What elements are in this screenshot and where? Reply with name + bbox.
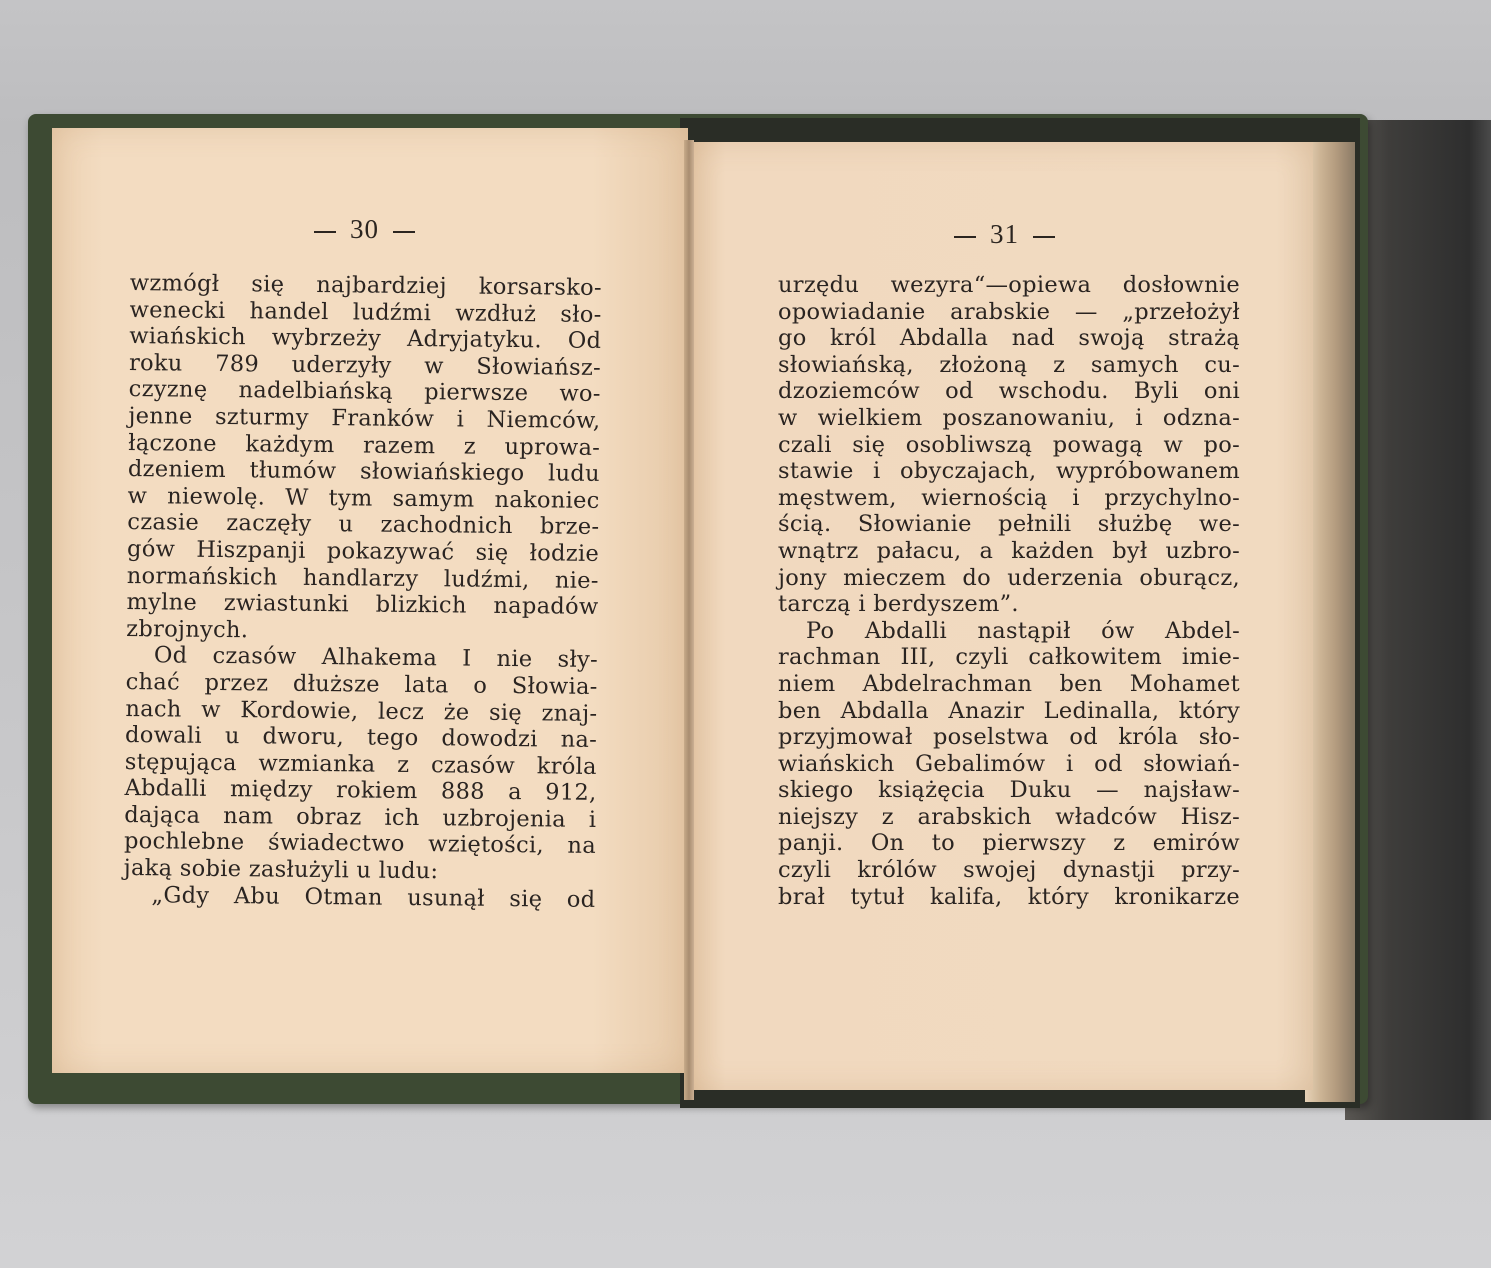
text-line: brał tytuł kalifa, który kronikarze bbox=[778, 884, 1240, 911]
text-line: wnątrz pałacu, a każden był uzbro- bbox=[778, 538, 1240, 565]
dash-decoration bbox=[393, 231, 415, 233]
page-number-text: 30 bbox=[350, 214, 379, 244]
text-line: opowiadanie arabskie — „przełożył bbox=[778, 299, 1240, 326]
text-line: jony mieczem do uderzenia oburącz, bbox=[778, 565, 1240, 592]
text-line: stawie i obyczajach, wypróbowanem bbox=[778, 458, 1240, 485]
text-line: przyjmował poselstwa od króla sło- bbox=[778, 724, 1240, 751]
book-gutter bbox=[684, 140, 694, 1100]
text-line: dzoziemców od wschodu. Byli oni bbox=[778, 378, 1240, 405]
text-line: rachman III, czyli całkowitem imie- bbox=[778, 644, 1240, 671]
text-line: skiego książęcia Duku — najsław- bbox=[778, 777, 1240, 804]
text-line: chać przez dłuższe lata o Słowia- bbox=[126, 669, 598, 701]
left-page-body-text: wzmógł się najbardziej korsarsko-wenecki… bbox=[123, 270, 602, 913]
text-line: wiańskich Gebalimów i od słowiań- bbox=[778, 751, 1240, 778]
text-line: panji. On to pierwszy z emirów bbox=[778, 830, 1240, 857]
right-page-body-text: urzędu wezyra“—opiewa dosłownieopowiadan… bbox=[778, 272, 1240, 910]
text-line: słowiańską, złożoną z samych cu- bbox=[778, 352, 1240, 379]
text-line: niem Abdelrachman ben Mohamet bbox=[778, 671, 1240, 698]
text-line: go król Abdalla nad swoją strażą bbox=[778, 325, 1240, 352]
text-line: tarczą i berdyszem”. bbox=[778, 591, 1240, 618]
text-line: Po Abdalli nastąpił ów Abdel- bbox=[778, 618, 1240, 645]
text-line: czyli królów swojej dynastji przy- bbox=[778, 857, 1240, 884]
text-line: męstwem, wiernością i przychylno- bbox=[778, 485, 1240, 512]
text-line: urzędu wezyra“—opiewa dosłownie bbox=[778, 272, 1240, 299]
text-line: „Gdy Abu Otman usunął się od bbox=[123, 882, 595, 914]
text-line: czali się osobliwszą powagą w po- bbox=[778, 432, 1240, 459]
right-page-number: 31 bbox=[940, 219, 1069, 250]
text-line: w wielkiem poszanowaniu, i odzna- bbox=[778, 405, 1240, 432]
dash-decoration bbox=[1033, 236, 1055, 238]
dash-decoration bbox=[314, 231, 336, 233]
page-number-text: 31 bbox=[990, 219, 1019, 249]
left-page-number: 30 bbox=[300, 214, 429, 245]
dash-decoration bbox=[954, 236, 976, 238]
text-line: ben Abdalla Anazir Ledinalla, który bbox=[778, 698, 1240, 725]
text-line: ścią. Słowianie pełnili służbę we- bbox=[778, 511, 1240, 538]
text-line: niejszy z arabskich władców Hisz- bbox=[778, 804, 1240, 831]
